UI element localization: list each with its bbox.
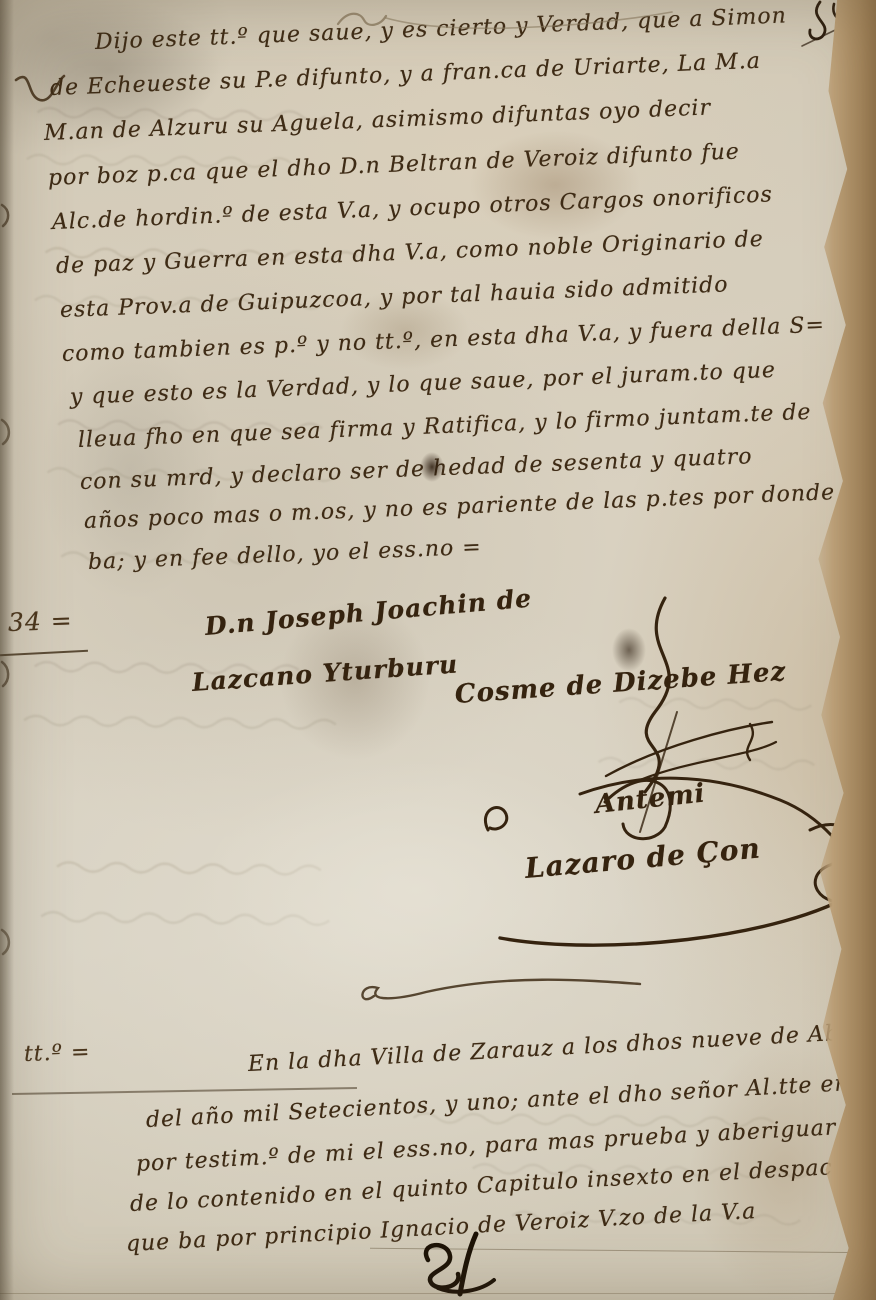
notary-rubric-flourish xyxy=(480,770,876,960)
section-mark: tt.º = xyxy=(24,1040,91,1067)
bottom-rubric-paraph xyxy=(398,1232,528,1298)
separator-flourish xyxy=(356,962,646,1012)
folio-note: 34 = xyxy=(7,606,73,637)
top-flourish xyxy=(320,2,680,38)
manuscript-page: Dijo este tt.º que saue, y es cierto y V… xyxy=(0,0,876,1300)
gutter-left-edge xyxy=(0,0,14,1300)
margin-check-mark xyxy=(12,66,68,122)
